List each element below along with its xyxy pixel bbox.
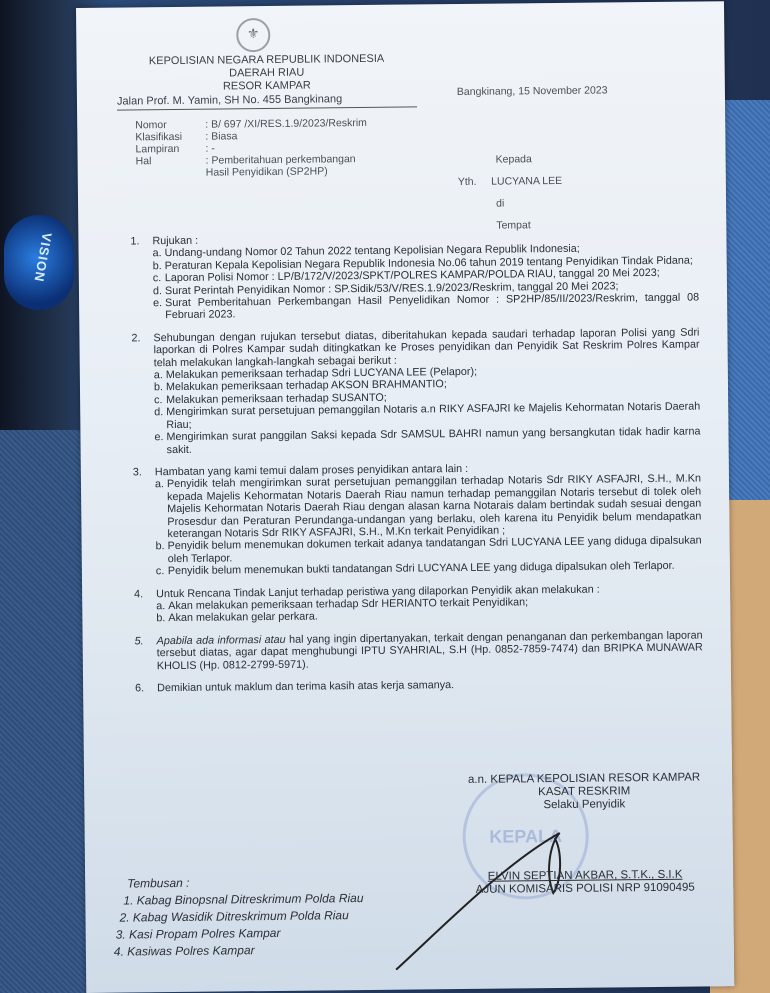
meta-key: Nomor [135,119,205,132]
numbered-paragraph: 4.Untuk Rencana Tindak Lanjut terhadap p… [134,582,702,625]
sub-item: a.Penyidik telah mengirimkan surat perse… [155,473,702,541]
meta-value: : Biasa [205,130,237,142]
tembusan-item: 2. Kabag Wasidik Ditreskrimum Polda Riau [113,907,363,927]
meta-value: : - [205,143,214,155]
addressee: Kepada Yth. LUCYANA LEE di Tempat [457,148,562,237]
paragraph-number: 6. [135,682,157,695]
paragraph-text-italic: Apabila ada informasi atau [157,634,286,647]
meta-key: Klasifikasi [135,131,205,144]
addressee-yth: Yth. [458,176,477,188]
date-line: Bangkinang, 15 November 2023 [457,84,608,98]
letter-meta: Nomor: B/ 697 /XI/RES.1.9/2023/ReskrimKl… [135,117,367,179]
letterhead: KEPOLISIAN NEGARA REPUBLIK INDONESIA DAE… [117,52,418,110]
meta-value: : Pemberitahuan perkembangan [206,153,356,167]
meta-value: : B/ 697 /XI/RES.1.9/2023/Reskrim [205,117,367,131]
numbered-paragraph: 6.Demikian untuk maklum dan terima kasih… [135,676,703,694]
meta-key: Hal [136,155,206,168]
letterhead-address: Jalan Prof. M. Yamin, SH No. 455 Bangkin… [117,92,417,110]
letter-paper: ⚜ KEPOLISIAN NEGARA REPUBLIK INDONESIA D… [76,1,734,993]
meta-key [136,167,206,180]
sub-item: e.Mengirimkan surat panggilan Saksi kepa… [154,426,700,457]
paragraph-number: 2. [131,332,154,456]
meta-row: Nomor: B/ 697 /XI/RES.1.9/2023/Reskrim [135,117,367,131]
addressee-kepada: Kepada [457,148,562,171]
addressee-name: LUCYANA LEE [491,175,562,188]
paragraph-number: 1. [130,235,153,322]
addressee-line: Yth. LUCYANA LEE [458,170,563,193]
tembusan: Tembusan : 1. Kabag Binopsnal Ditreskrim… [113,873,364,961]
water-bottle: VISION [4,215,74,310]
numbered-paragraph: 3.Hambatan yang kami temui dalam proses … [133,460,702,578]
denim-fabric-left [0,430,90,993]
paragraph-number: 3. [133,466,156,578]
numbered-paragraph: 5.Apabila ada informasi atau hal yang in… [135,629,703,672]
numbered-paragraph: 1.Rujukan :a.Undang-undang Nomor 02 Tahu… [130,229,699,322]
bottle-label: VISION [31,232,54,284]
paragraph-number: 4. [134,588,156,625]
signature-block: a.n. KEPALA KEPOLISIAN RESOR KAMPAR KASA… [454,771,715,897]
paragraph-text: Sehubungan dengan rujukan tersebut diata… [153,326,699,369]
addressee-di: di [458,192,563,215]
signature-line3: Selaku Penyidik [454,797,714,813]
meta-row: Hasil Penyidikan (SP2HP) [136,165,368,179]
meta-key: Lampiran [135,143,205,156]
letter-body: 1.Rujukan :a.Undang-undang Nomor 02 Tahu… [130,229,703,704]
tembusan-item: 4. Kasiwas Polres Kampar [114,941,364,961]
sub-item: e.Surat Pemberitahuan Perkembangan Hasil… [153,292,699,323]
police-crest-icon: ⚜ [236,18,270,52]
signatory-rank: AJUN KOMISARIS POLISI NRP 91090495 [455,881,715,897]
meta-value: Hasil Penyidikan (SP2HP) [206,165,328,178]
numbered-paragraph: 2.Sehubungan dengan rujukan tersebut dia… [131,326,700,456]
paragraph-text: Demikian untuk maklum dan terima kasih a… [157,676,703,694]
paragraph-number: 5. [135,635,157,672]
paragraph-text: Apabila ada informasi atau hal yang ingi… [157,629,703,672]
